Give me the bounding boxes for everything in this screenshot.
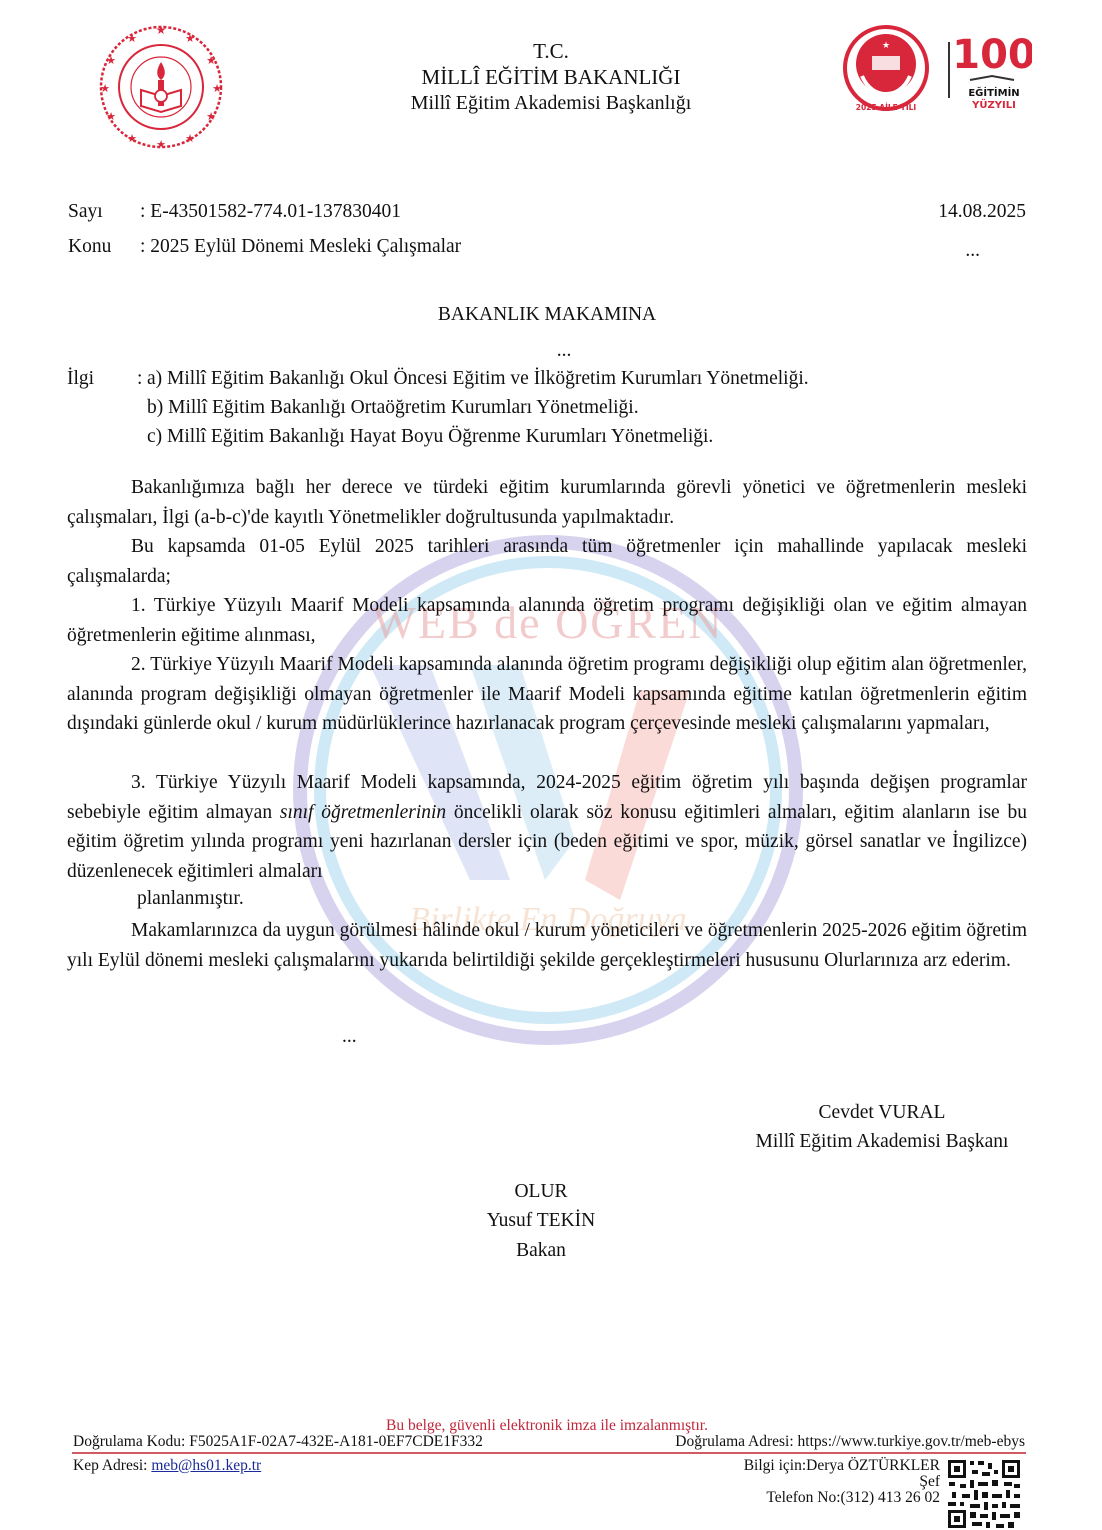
ilgi-item-b: b) Millî Eğitim Bakanlığı Ortaöğretim Ku…: [147, 397, 639, 419]
ilgi-item-text: Millî Eğitim Bakanlığı Okul Öncesi Eğiti…: [167, 368, 809, 389]
ilgi-item-text: Millî Eğitim Bakanlığı Hayat Boyu Öğrenm…: [167, 426, 713, 447]
body-list-item-2: 2. Türkiye Yüzyılı Maarif Modeli kapsamı…: [67, 650, 1027, 739]
kep-address-link[interactable]: meb@hs01.kep.tr: [151, 1457, 261, 1474]
svg-text:EĞİTİMİN: EĞİTİMİN: [968, 85, 1019, 99]
ilgi-item-text: Millî Eğitim Bakanlığı Ortaöğretim Kurum…: [168, 397, 638, 418]
verification-address: Doğrulama Adresi: https://www.turkiye.go…: [675, 1433, 1025, 1451]
ilgi-item-marker: a): [147, 368, 162, 389]
item3-emphasis: sınıf öğretmenlerinin: [280, 802, 446, 823]
svg-text:★: ★: [882, 40, 890, 50]
item3-tail: planlanmıştır.: [137, 888, 244, 910]
kep-address: Kep Adresi: meb@hs01.kep.tr: [73, 1457, 261, 1475]
century-of-education-logo: 100 EĞİTİMİN YÜZYILI: [952, 32, 1032, 111]
verification-address-link[interactable]: https://www.turkiye.gov.tr/meb-ebys: [798, 1433, 1025, 1450]
info-contact: Bilgi için:Derya ÖZTÜRKLER: [744, 1457, 940, 1475]
body-list-item-3: 3. Türkiye Yüzyılı Maarif Modeli kapsamı…: [67, 768, 1027, 886]
verification-address-label: Doğrulama Adresi:: [675, 1433, 793, 1450]
sayi-label: Sayı: [68, 201, 103, 223]
body-paragraph-1: Bakanlığımıza bağlı her derece ve türdek…: [67, 473, 1027, 532]
signer-name: Cevdet VURAL: [736, 1102, 1028, 1124]
addressee-ellipsis: ...: [0, 340, 1102, 362]
svg-text:YÜZYILI: YÜZYILI: [971, 97, 1016, 111]
verification-code-label: Doğrulama Kodu:: [73, 1433, 185, 1450]
body-paragraph-2: Bu kapsamda 01-05 Eylül 2025 tarihleri a…: [67, 532, 1027, 591]
family-year-logo: ★ 2025 AİLE YILI: [845, 27, 927, 112]
body-paragraph-3: Makamlarınızca da uygun görülmesi hâlind…: [67, 916, 1027, 975]
watermark-logo: WEB de ÖĞREN Birlikte En Doğruya: [0, 0, 1102, 1530]
ilgi-label: İlgi: [67, 368, 94, 390]
right-logos: ★ 2025 AİLE YILI 100 EĞİTİMİN YÜZYILI: [842, 24, 1032, 116]
svg-text:100: 100: [952, 32, 1032, 78]
document-date: 14.08.2025: [938, 201, 1026, 223]
closing-ellipsis: ...: [342, 1026, 357, 1048]
approver-name: Yusuf TEKİN: [441, 1210, 641, 1232]
verification-code-value: F5025A1F-02A7-432E-A181-0EF7CDE1F332: [189, 1433, 483, 1450]
ilgi-colon: :: [137, 368, 142, 390]
verification-code: Doğrulama Kodu: F5025A1F-02A7-432E-A181-…: [73, 1433, 483, 1451]
qr-code-icon[interactable]: [946, 1458, 1022, 1530]
addressee-title: BAKANLIK MAKAMINA: [0, 304, 1094, 326]
konu-ellipsis: ...: [965, 240, 980, 262]
svg-text:★: ★: [185, 133, 195, 145]
konu-label: Konu: [68, 236, 111, 258]
svg-text:★: ★: [127, 133, 137, 145]
ilgi-item-marker: c): [147, 426, 162, 447]
body-list-item-1: 1. Türkiye Yüzyılı Maarif Modeli kapsamı…: [67, 591, 1027, 650]
approver-title: Bakan: [441, 1240, 641, 1262]
kep-address-label: Kep Adresi:: [73, 1457, 147, 1474]
ilgi-item-c: c) Millî Eğitim Bakanlığı Hayat Boyu Öğr…: [147, 426, 713, 448]
svg-text:★: ★: [156, 24, 167, 37]
approval-olur: OLUR: [441, 1181, 641, 1203]
svg-text:2025 AİLE YILI: 2025 AİLE YILI: [856, 103, 917, 112]
svg-text:★: ★: [156, 139, 166, 150]
signer-title: Millî Eğitim Akademisi Başkanı: [730, 1131, 1034, 1153]
info-phone: Telefon No:(312) 413 26 02: [766, 1489, 940, 1507]
ilgi-item-a: a) Millî Eğitim Bakanlığı Okul Öncesi Eğ…: [147, 368, 809, 390]
ilgi-item-marker: b): [147, 397, 163, 418]
footer-divider: [72, 1452, 1026, 1454]
konu-value: : 2025 Eylül Dönemi Mesleki Çalışmalar: [140, 236, 461, 258]
sayi-value: : E-43501582-774.01-137830401: [140, 201, 401, 223]
